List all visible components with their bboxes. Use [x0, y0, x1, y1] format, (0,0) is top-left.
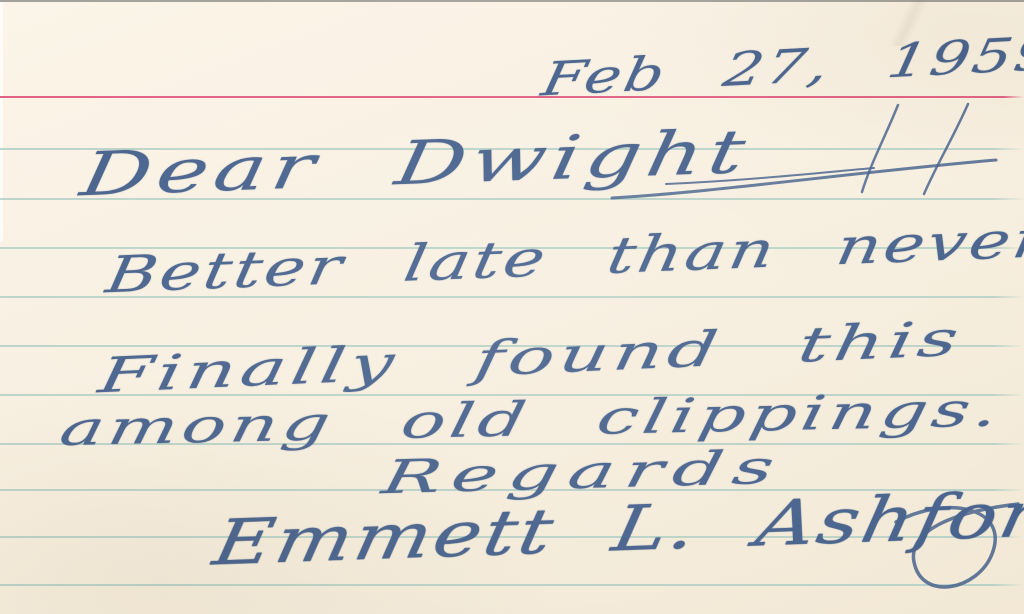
- date-descender-strokes: [856, 100, 1024, 200]
- salutation-line: Dear Dwight: [76, 117, 756, 211]
- date-line: Feb 27, 1959: [537, 25, 1024, 107]
- card-left-edge: [0, 2, 3, 242]
- body-line-1: Better late than never!: [102, 209, 1024, 305]
- index-card: Feb 27, 1959 Dear Dwight Better late tha…: [0, 0, 1024, 614]
- ruled-line: [0, 584, 1024, 586]
- header-rule-line: [0, 96, 1024, 98]
